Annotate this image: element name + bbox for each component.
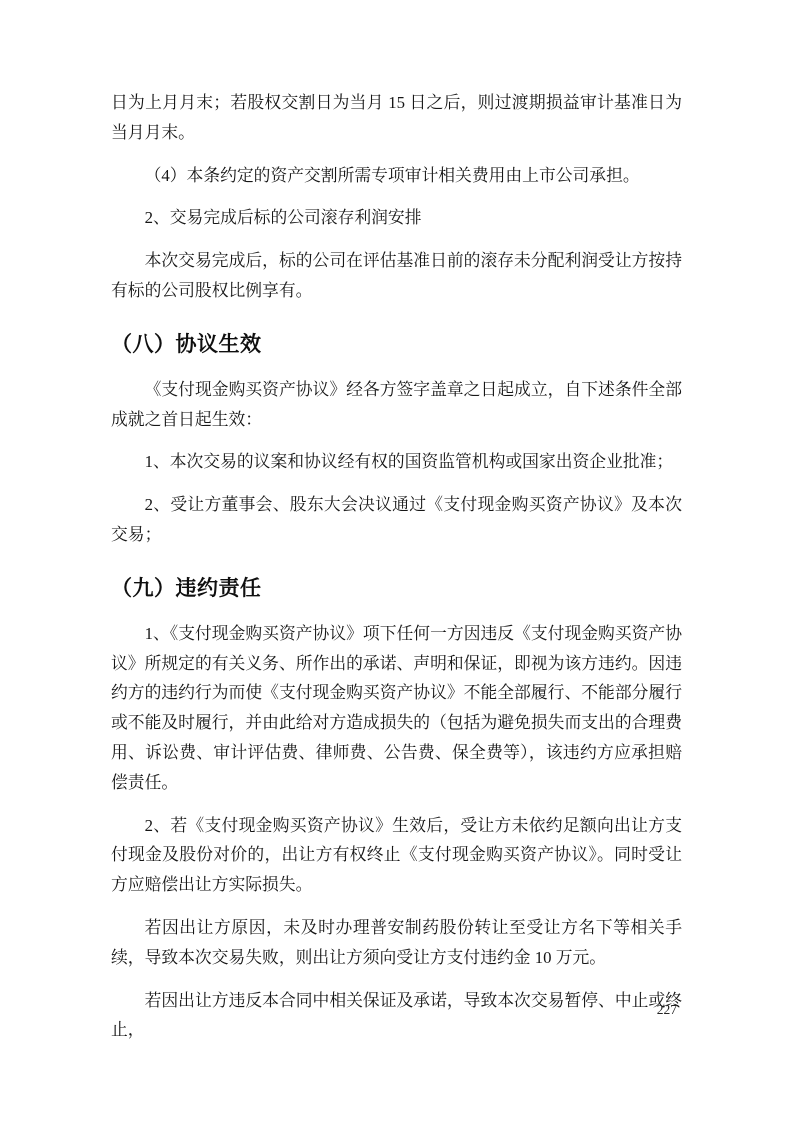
paragraph: 2、受让方董事会、股东大会决议通过《支付现金购买资产协议》及本次交易； [111,490,682,550]
paragraph: 若因出让方原因，未及时办理普安制药股份转让至受让方名下等相关手续，导致本次交易失… [111,913,682,973]
paragraph: 1、《支付现金购买资产协议》项下任何一方因违反《支付现金购买资产协议》所规定的有… [111,619,682,798]
paragraph: 日为上月月末；若股权交割日为当月 15 日之后，则过渡期损益审计基准日为当月月末… [111,88,682,148]
paragraph: 1、本次交易的议案和协议经有权的国资监管机构或国家出资企业批准； [111,447,682,477]
page-number: 227 [657,1002,677,1018]
document-content: 日为上月月末；若股权交割日为当月 15 日之后，则过渡期损益审计基准日为当月月末… [111,88,682,1058]
paragraph: 本次交易完成后，标的公司在评估基准日前的滚存未分配利润受让方按持有标的公司股权比… [111,246,682,306]
paragraph: （4）本条约定的资产交割所需专项审计相关费用由上市公司承担。 [111,161,682,191]
paragraph: 若因出让方违反本合同中相关保证及承诺，导致本次交易暂停、中止或终止， [111,986,682,1046]
section-heading: （九）违约责任 [111,574,682,604]
paragraph: 《支付现金购买资产协议》经各方签字盖章之日起成立，自下述条件全部成就之首日起生效… [111,375,682,435]
paragraph: 2、若《支付现金购买资产协议》生效后，受让方未依约足额向出让方支付现金及股份对价… [111,811,682,900]
document-page: 日为上月月末；若股权交割日为当月 15 日之后，则过渡期损益审计基准日为当月月末… [0,0,793,1122]
paragraph: 2、交易完成后标的公司滚存利润安排 [111,203,682,233]
section-heading: （八）协议生效 [111,330,682,360]
